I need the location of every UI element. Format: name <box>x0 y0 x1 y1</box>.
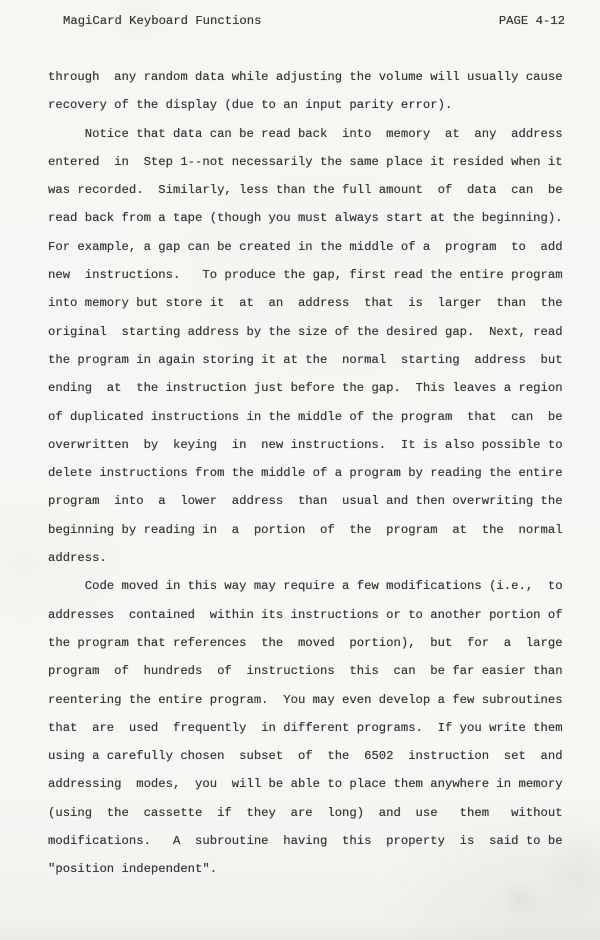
text-line: address. <box>48 544 568 572</box>
text-line: into memory but store it at an address t… <box>48 289 568 317</box>
text-line: that are used frequently in different pr… <box>48 714 568 742</box>
text-line: delete instructions from the middle of a… <box>48 459 568 487</box>
text-line: beginning by reading in a portion of the… <box>48 516 568 544</box>
text-line: the program in again storing it at the n… <box>48 346 568 374</box>
scanned-document-page: MagiCard Keyboard Functions PAGE 4-12 th… <box>0 0 600 940</box>
document-body: through any random data while adjusting … <box>48 63 568 884</box>
text-line: read back from a tape (though you must a… <box>48 204 568 232</box>
text-line: the program that references the moved po… <box>48 629 568 657</box>
text-line: addressing modes, you will be able to pl… <box>48 770 568 798</box>
text-line: addresses contained within its instructi… <box>48 601 568 629</box>
document-title: MagiCard Keyboard Functions <box>63 14 261 28</box>
text-line: Code moved in this way may require a few… <box>48 572 568 600</box>
text-line: entered in Step 1--not necessarily the s… <box>48 148 568 176</box>
text-line: program of hundreds of instructions this… <box>48 657 568 685</box>
text-line: recovery of the display (due to an input… <box>48 91 568 119</box>
text-line: using a carefully chosen subset of the 6… <box>48 742 568 770</box>
text-line: For example, a gap can be created in the… <box>48 233 568 261</box>
page-header: MagiCard Keyboard Functions PAGE 4-12 <box>0 14 600 30</box>
page-number: PAGE 4-12 <box>499 14 565 28</box>
text-line: original starting address by the size of… <box>48 318 568 346</box>
text-line: "position independent". <box>48 855 568 883</box>
text-line: overwritten by keying in new instruction… <box>48 431 568 459</box>
text-line: Notice that data can be read back into m… <box>48 120 568 148</box>
text-line: new instructions. To produce the gap, fi… <box>48 261 568 289</box>
text-line: through any random data while adjusting … <box>48 63 568 91</box>
text-line: program into a lower address than usual … <box>48 487 568 515</box>
text-line: (using the cassette if they are long) an… <box>48 799 568 827</box>
text-line: ending at the instruction just before th… <box>48 374 568 402</box>
text-line: reentering the entire program. You may e… <box>48 686 568 714</box>
text-line: of duplicated instructions in the middle… <box>48 403 568 431</box>
text-line: was recorded. Similarly, less than the f… <box>48 176 568 204</box>
text-line: modifications. A subroutine having this … <box>48 827 568 855</box>
